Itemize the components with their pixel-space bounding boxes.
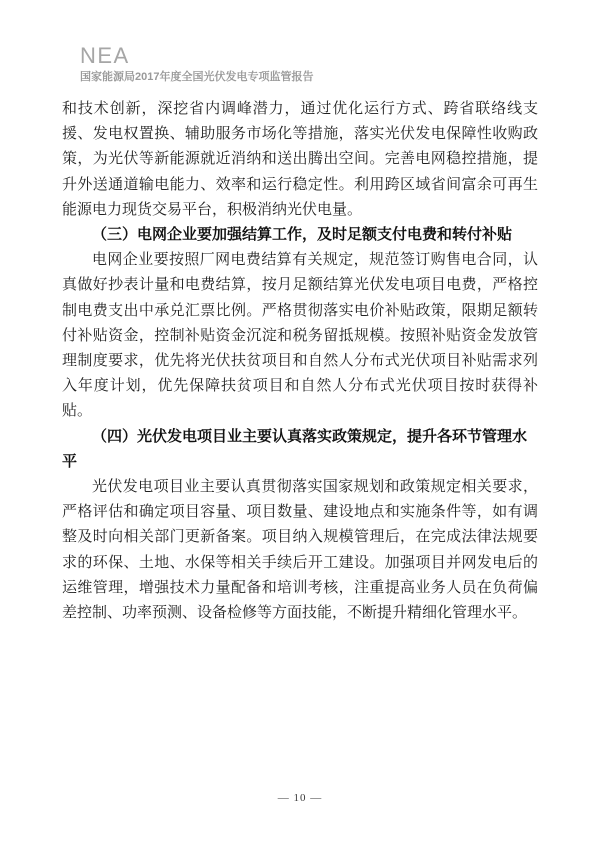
page-footer: — 10 — — [0, 788, 600, 806]
document-page: NEA 国家能源局2017年度全国光伏发电专项监管报告 和技术创新，深挖省内调峰… — [0, 0, 600, 848]
section-heading-three: （三）电网企业要加强结算工作，及时足额支付电费和转付补贴 — [62, 223, 538, 248]
report-title: 国家能源局2017年度全国光伏发电专项监管报告 — [80, 71, 538, 84]
paragraph-grid-measures: 和技术创新，深挖省内调峰潜力，通过优化运行方式、跨省联络线支援、发电权置换、辅助… — [62, 97, 538, 223]
paragraph-project-owners: 光伏发电项目业主要认真贯彻落实国家规划和政策规定相关要求，严格评估和确定项目容量… — [62, 475, 538, 626]
nea-logo: NEA — [80, 44, 538, 68]
section-heading-four: （四）光伏发电项目业主要认真落实政策规定，提升各环节管理水平 — [62, 425, 538, 475]
paragraph-settlement-subsidy: 电网企业要按照厂网电费结算有关规定，规范签订购售电合同，认真做好抄表计量和电费结… — [62, 248, 538, 424]
document-body: 和技术创新，深挖省内调峰潜力，通过优化运行方式、跨省联络线支援、发电权置换、辅助… — [62, 97, 538, 626]
page-header: NEA 国家能源局2017年度全国光伏发电专项监管报告 — [80, 44, 538, 84]
page-number: — 10 — — [278, 792, 323, 804]
